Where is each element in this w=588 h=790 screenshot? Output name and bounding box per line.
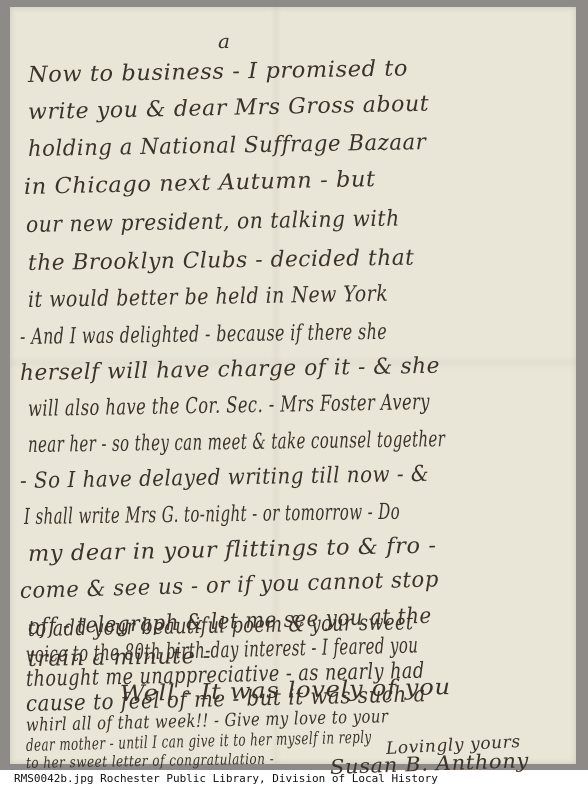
letter-line: come & see us - or if you cannot stop [20,567,440,604]
letter-line: near her - so they can meet & take couns… [28,427,446,458]
page-mark: a [218,29,230,53]
letter-line: it would better be held in New York [28,282,389,313]
letter-line: I shall write Mrs G. to-night - or tomor… [24,500,400,530]
letter-line: holding a National Suffrage Bazaar [28,130,427,162]
letter-line: - So I have delayed writing till now - & [20,462,430,494]
letter-line: our new president, on talking with [26,206,400,238]
letter-line: herself will have charge of it - & she [20,354,440,386]
letter-line: will also have the Cor. Sec. - Mrs Foste… [28,390,430,422]
letter-line: the Brooklyn Clubs - decided that [28,246,415,276]
image-caption: RMS0042b.jpg Rochester Public Library, D… [14,772,438,785]
letter-line: write you & dear Mrs Gross about [28,92,430,125]
letter-line: my dear in your flittings to & fro - [28,533,437,567]
letter-line: - And I was delighted - because if there… [20,320,387,350]
letter-line: in Chicago next Autumn - but [24,167,376,200]
letter-line: Now to business - I promised to [28,56,409,88]
